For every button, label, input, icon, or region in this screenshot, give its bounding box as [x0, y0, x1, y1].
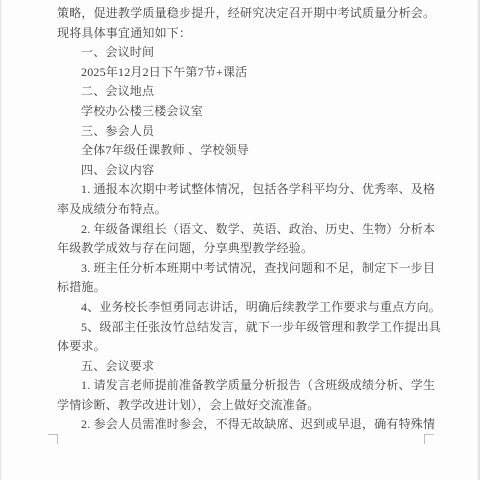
text-line: 2. 年级备课组长（语文、数学、英语、政治、历史、生物）分析本: [57, 220, 435, 240]
text-line: 二、会议地点: [57, 82, 435, 102]
page-corner-mark-left: [48, 434, 58, 444]
text-line: 现将具体事宜通知如下：: [57, 24, 435, 44]
text-line: 标措施。: [57, 278, 435, 298]
text-line: 一、会议时间: [57, 43, 435, 63]
text-line: 5、级部主任张汝竹总结发言，就下一步年级管理和教学工作提出具: [57, 318, 435, 338]
text-line: 四、会议内容: [57, 161, 435, 181]
text-line: 五、会议要求: [57, 357, 435, 377]
text-line: 3. 班主任分析本班期中考试情况，查找问题和不足，制定下一步目: [57, 259, 435, 279]
text-line: 1. 请发言老师提前准备教学质量分析报告（含班级成绩分析、学生: [57, 376, 435, 396]
text-line: 全体7年级任课教师 、学校领导: [57, 141, 435, 161]
text-line: 体要求。: [57, 337, 435, 357]
text-line: 三、参会人员: [57, 122, 435, 142]
text-line: 学校办公楼三楼会议室: [57, 102, 435, 122]
page-corner-mark-right: [424, 434, 434, 444]
text-line: 学情诊断、教学改进计划），会上做好交流准备。: [57, 396, 435, 416]
text-line: 2. 参会人员需准时参会，不得无故缺席、迟到或早退，确有特殊情: [57, 415, 435, 435]
text-line: 2025年12月2日下午第7节+课活: [57, 63, 435, 83]
text-line: 4、业务校长李恒勇同志讲话，明确后续教学工作要求与重点方向。: [57, 298, 435, 318]
text-line: 1. 通报本次期中考试整体情况，包括各学科平均分、优秀率、及格: [57, 180, 435, 200]
page-left-edge: [0, 0, 2, 480]
text-line: 年级教学成效与存在问题，分享典型教学经验。: [57, 239, 435, 259]
text-line: 率及成绩分布特点。: [57, 200, 435, 220]
document-text-block: 策略，促进教学质量稳步提升，经研究决定召开期中考试质量分析会。现将具体事宜通知如…: [57, 4, 435, 435]
text-line: 策略，促进教学质量稳步提升，经研究决定召开期中考试质量分析会。: [57, 4, 435, 24]
